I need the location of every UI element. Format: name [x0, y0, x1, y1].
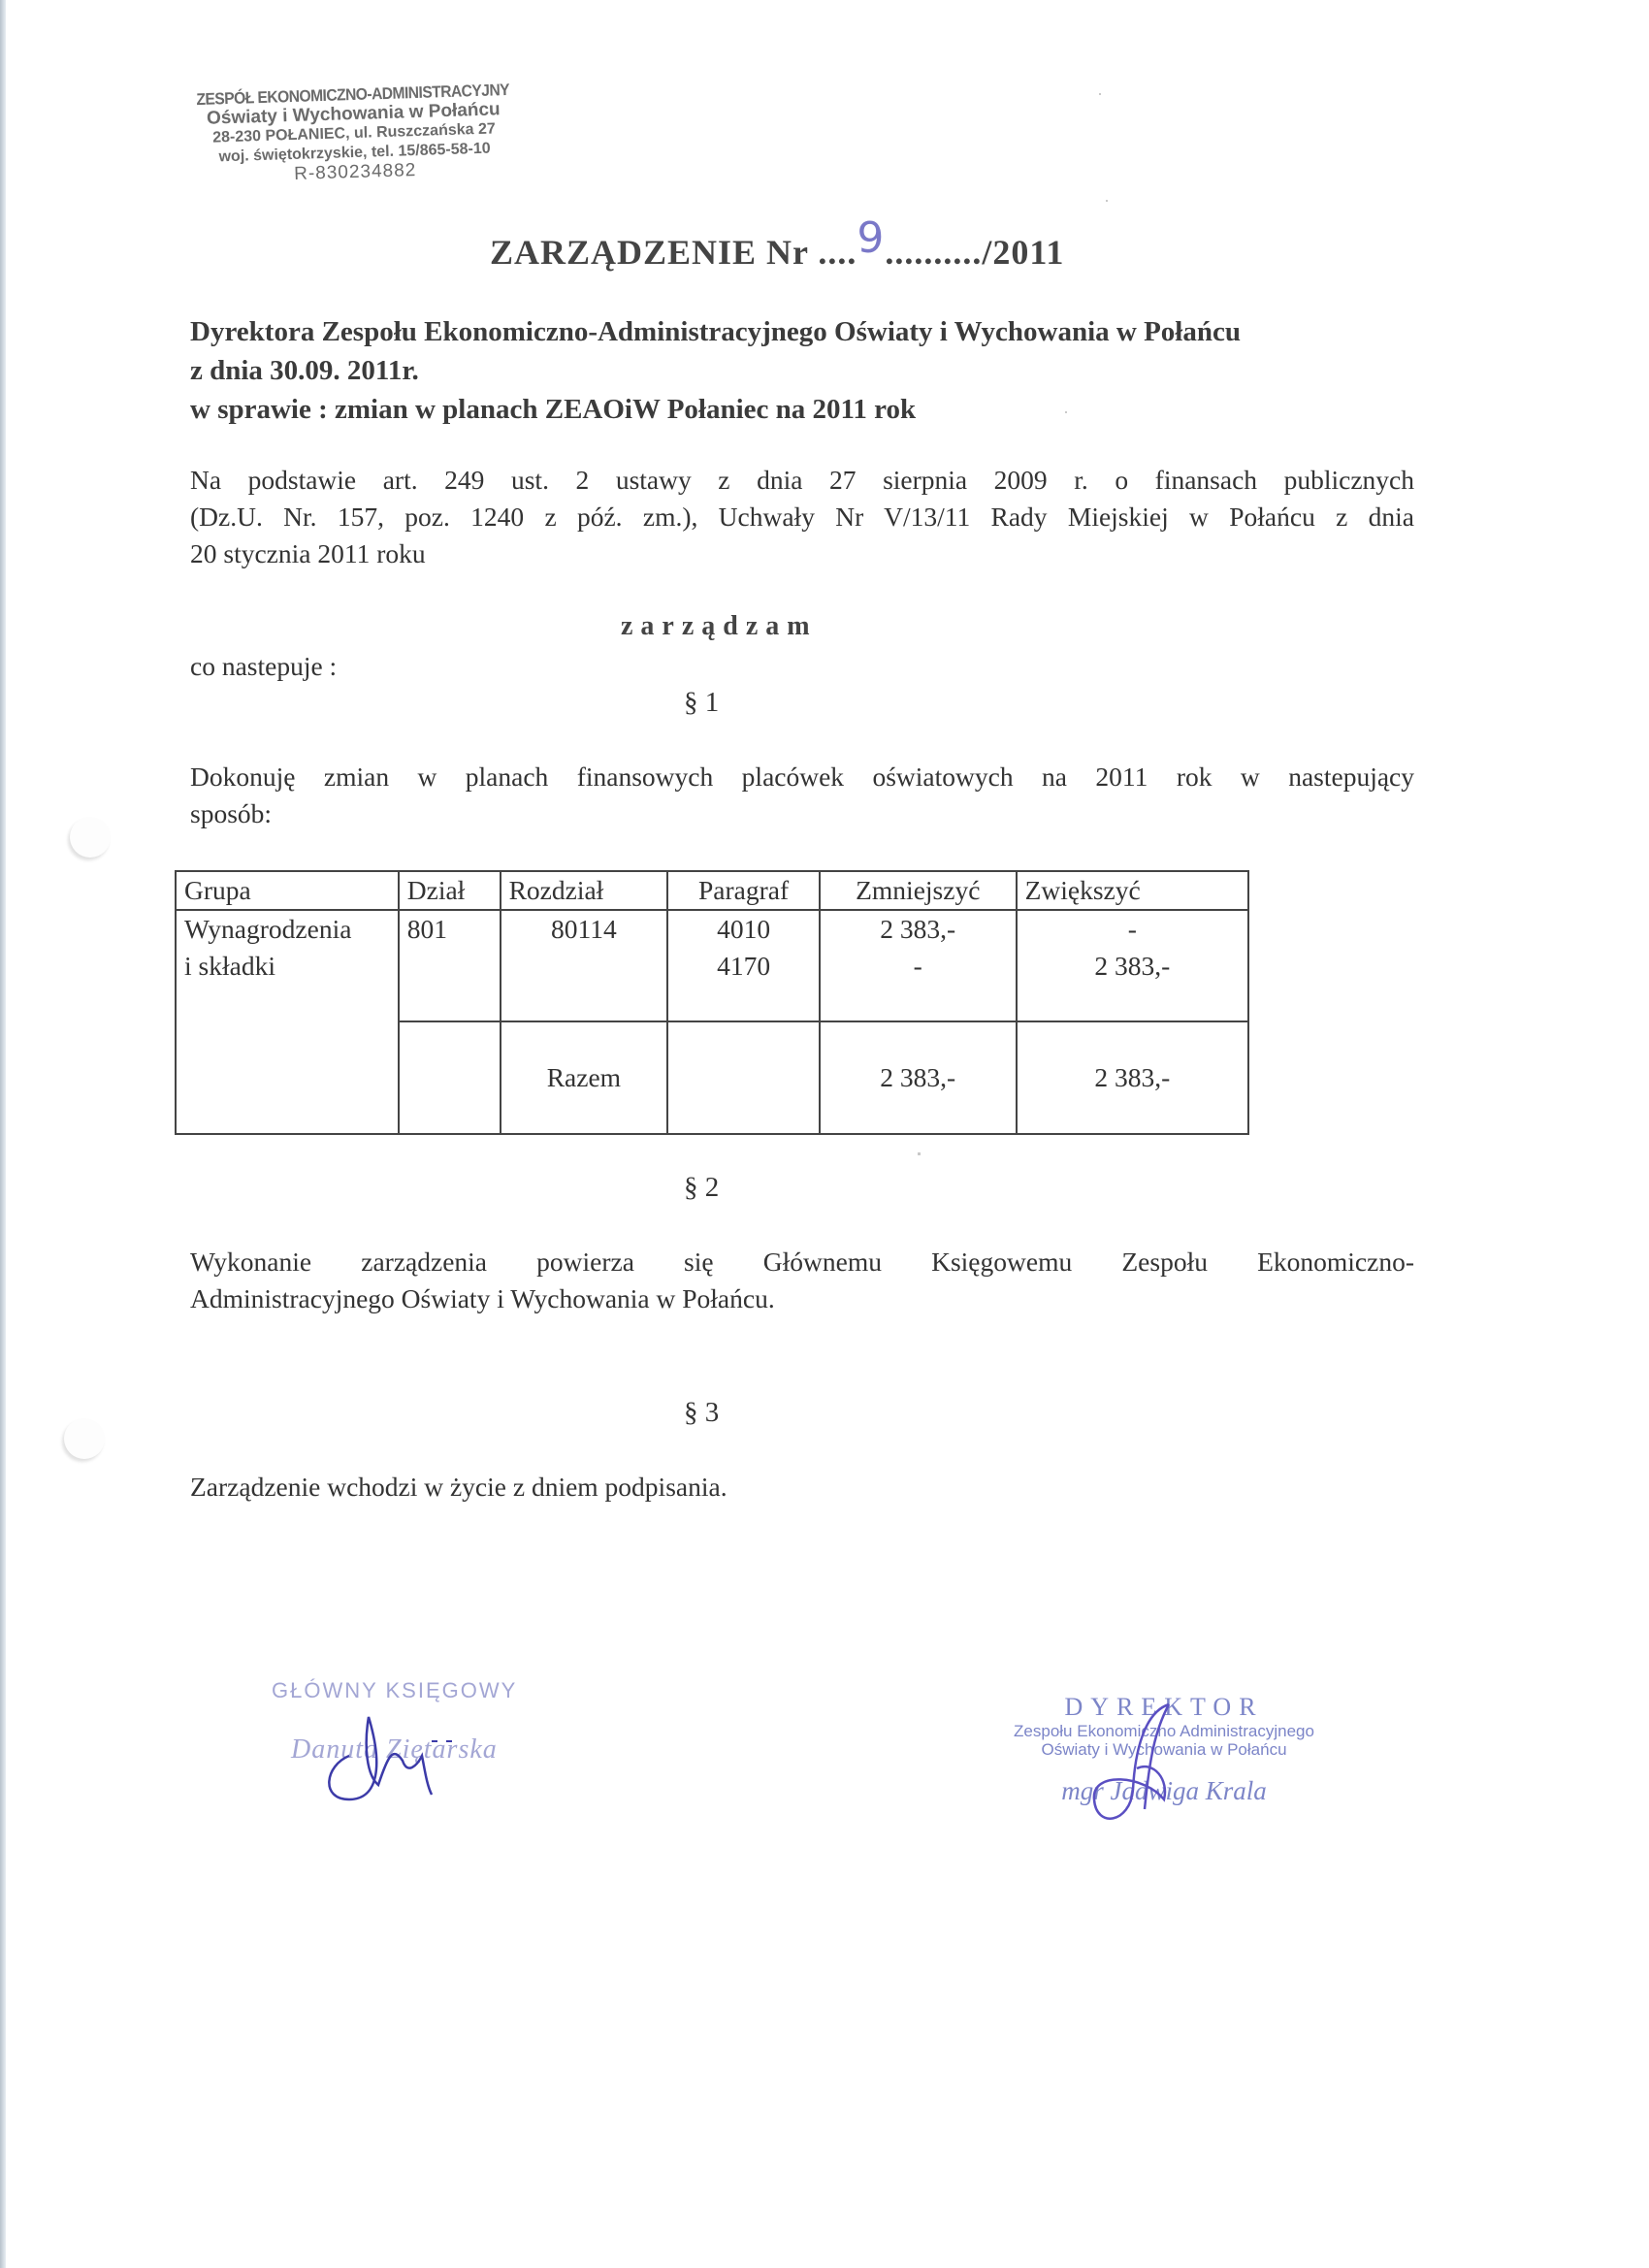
header-paragraf: Paragraf: [667, 871, 820, 910]
scan-speck: [1106, 200, 1108, 202]
decree-word: zarządzam: [621, 611, 818, 642]
director-name: mgr Jadwiga Krala: [980, 1776, 1348, 1806]
zwiekszyc-1: -: [1025, 911, 1240, 948]
director-org-line-2: Oświaty i Wychowania w Połańcu: [980, 1740, 1348, 1759]
legal-basis-line-1: Na podstawie art. 249 ust. 2 ustawy z dn…: [190, 462, 1414, 499]
title-prefix: ZARZĄDZENIE Nr ....: [490, 233, 857, 272]
director-org-line-1: Zespołu Ekonomiczno Administracyjnego: [980, 1722, 1348, 1740]
cell-total-zwiekszyc: 2 383,-: [1017, 1021, 1248, 1134]
cell-zmniejszyc: 2 383,- -: [820, 910, 1017, 1021]
title-suffix: ........../2011: [885, 233, 1064, 272]
section-3-text: Zarządzenie wchodzi w życie z dniem podp…: [190, 1469, 1414, 1506]
header-dzial: Dział: [399, 871, 501, 910]
cell-dzial: 801: [399, 910, 501, 1021]
section-2-text: Wykonanie zarządzenia powierza się Główn…: [190, 1244, 1414, 1317]
handwritten-number: 9: [857, 213, 885, 263]
table-header-row: Grupa Dział Rozdział Paragraf Zmniejszyć…: [176, 871, 1248, 910]
table-row: Wynagrodzenia i składki 801 80114 4010 4…: [176, 910, 1248, 1021]
scan-speck: [918, 1152, 921, 1155]
chief-accountant-signature: GŁÓWNY KSIĘGOWY Danuta Ziętarska: [272, 1678, 563, 1766]
section-2-line-2: Administracyjnego Oświaty i Wychowania w…: [190, 1280, 1414, 1317]
punch-hole: [70, 817, 111, 858]
cell-total-zmniejszyc: 2 383,-: [820, 1021, 1017, 1134]
section-1-line-2: sposób:: [190, 795, 1414, 832]
document-title: ZARZĄDZENIE Nr ....9........../2011: [490, 225, 1064, 275]
cell-rozdzial: 80114: [501, 910, 668, 1021]
as-follows: co nastepuje :: [190, 648, 578, 685]
zmniejszyc-1: 2 383,-: [828, 911, 1008, 948]
section-2-line-1: Wykonanie zarządzenia powierza się Główn…: [190, 1244, 1414, 1280]
cell-empty: [176, 1021, 399, 1134]
section-3-mark: § 3: [684, 1397, 719, 1429]
section-2-mark: § 2: [684, 1172, 719, 1204]
header-zmniejszyc: Zmniejszyć: [820, 871, 1017, 910]
cell-grupa: Wynagrodzenia i składki: [176, 910, 399, 1021]
section-1-mark: § 1: [684, 687, 719, 719]
scan-speck: [1099, 93, 1101, 95]
paragraf-2: 4170: [676, 948, 811, 985]
paragraf-1: 4010: [676, 911, 811, 948]
cell-empty: [667, 1021, 820, 1134]
chief-accountant-role: GŁÓWNY KSIĘGOWY: [272, 1678, 563, 1703]
budget-changes-table: Grupa Dział Rozdział Paragraf Zmniejszyć…: [175, 870, 1249, 1135]
legal-basis-line-2: (Dz.U. Nr. 157, poz. 1240 z póź. zm.), U…: [190, 499, 1414, 535]
legal-basis: Na podstawie art. 249 ust. 2 ustawy z dn…: [190, 462, 1414, 572]
scan-edge: [0, 0, 6, 2268]
header-rozdzial: Rozdział: [501, 871, 668, 910]
document-heading: Dyrektora Zespołu Ekonomiczno-Administra…: [190, 312, 1422, 429]
heading-date: z dnia 30.09. 2011r.: [190, 351, 1422, 390]
heading-subject: w sprawie : zmian w planach ZEAOiW Połan…: [190, 390, 1422, 429]
director-role: DYREKTOR: [980, 1693, 1348, 1722]
zwiekszyc-2: 2 383,-: [1025, 948, 1240, 985]
section-1-line-1: Dokonuję zmian w planach finansowych pla…: [190, 759, 1414, 795]
legal-basis-line-3: 20 stycznia 2011 roku: [190, 535, 1414, 572]
section-1-text: Dokonuję zmian w planach finansowych pla…: [190, 759, 1414, 832]
punch-hole: [64, 1418, 105, 1459]
table-total-row: Razem 2 383,- 2 383,-: [176, 1021, 1248, 1134]
director-signature: DYREKTOR Zespołu Ekonomiczno Administrac…: [980, 1693, 1348, 1806]
grupa-line-1: Wynagrodzenia: [184, 911, 390, 948]
zmniejszyc-2: -: [828, 948, 1008, 985]
heading-issuer: Dyrektora Zespołu Ekonomiczno-Administra…: [190, 312, 1422, 351]
chief-accountant-name: Danuta Ziętarska: [291, 1734, 563, 1766]
cell-empty: [399, 1021, 501, 1134]
header-grupa: Grupa: [176, 871, 399, 910]
cell-total-label: Razem: [501, 1021, 668, 1134]
grupa-line-2: i składki: [184, 948, 390, 985]
institution-stamp: ZESPÓŁ EKONOMICZNO-ADMINISTRACYJNY Oświa…: [174, 80, 535, 188]
header-zwiekszyc: Zwiększyć: [1017, 871, 1248, 910]
cell-paragraf: 4010 4170: [667, 910, 820, 1021]
cell-zwiekszyc: - 2 383,-: [1017, 910, 1248, 1021]
